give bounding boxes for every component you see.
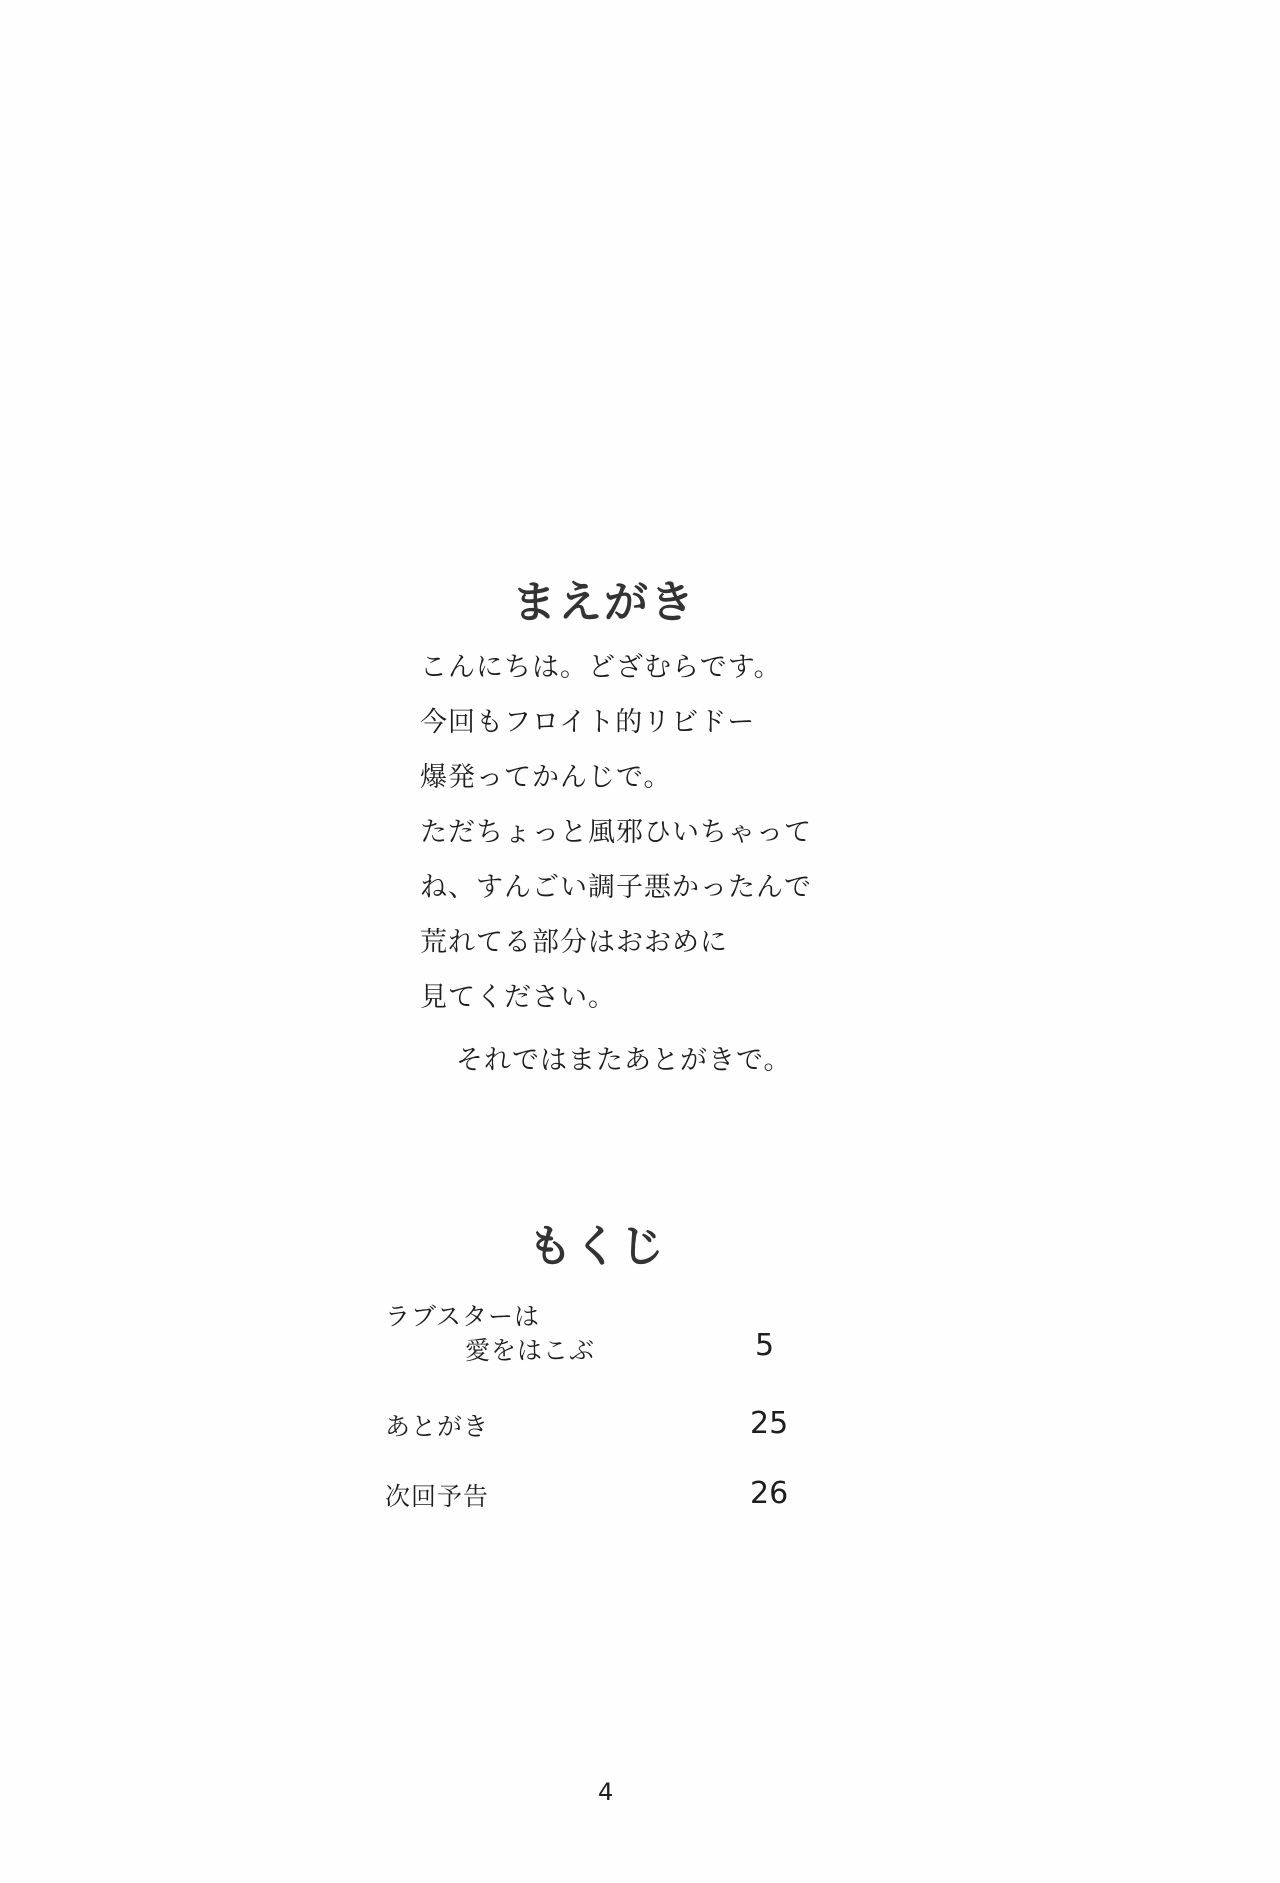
foreword-line: ね、すんごい調子悪かったんで xyxy=(420,860,840,915)
toc-entry-page: 5 xyxy=(755,1328,774,1363)
toc-entry-label: ラブスターは xyxy=(385,1300,805,1334)
manga-page: まえがき こんにちは。どざむらです。 今回もフロイト的リビドー 爆発ってかんじで… xyxy=(0,0,1280,1883)
foreword-line: それではまたあとがきで。 xyxy=(420,1025,840,1087)
foreword-line: 荒れてる部分はおおめに xyxy=(420,915,840,970)
toc-entry: ラブスターは 愛をはこぶ 5 xyxy=(385,1300,805,1410)
toc-entry-label-continued: 愛をはこぶ xyxy=(385,1334,805,1368)
toc-entry: 次回予告 26 xyxy=(385,1480,805,1530)
foreword-line: こんにちは。どざむらです。 xyxy=(420,640,840,695)
toc-entry-page: 25 xyxy=(750,1406,788,1441)
foreword-line: 爆発ってかんじで。 xyxy=(420,750,840,805)
toc-entry-label: 次回予告 xyxy=(385,1480,805,1514)
foreword-line: 見てください。 xyxy=(420,970,840,1025)
toc-title: もくじ xyxy=(528,1210,666,1274)
foreword-title: まえがき xyxy=(512,566,696,630)
foreword-line: 今回もフロイト的リビドー xyxy=(420,695,840,750)
toc-entry: あとがき 25 xyxy=(385,1410,805,1480)
foreword-line: ただちょっと風邪ひいちゃって xyxy=(420,805,840,860)
table-of-contents: ラブスターは 愛をはこぶ 5 あとがき 25 次回予告 26 xyxy=(385,1300,805,1530)
toc-entry-page: 26 xyxy=(750,1476,788,1511)
toc-entry-label: あとがき xyxy=(385,1410,805,1444)
page-number: 4 xyxy=(598,1778,613,1806)
foreword-body: こんにちは。どざむらです。 今回もフロイト的リビドー 爆発ってかんじで。 ただち… xyxy=(420,640,840,1087)
